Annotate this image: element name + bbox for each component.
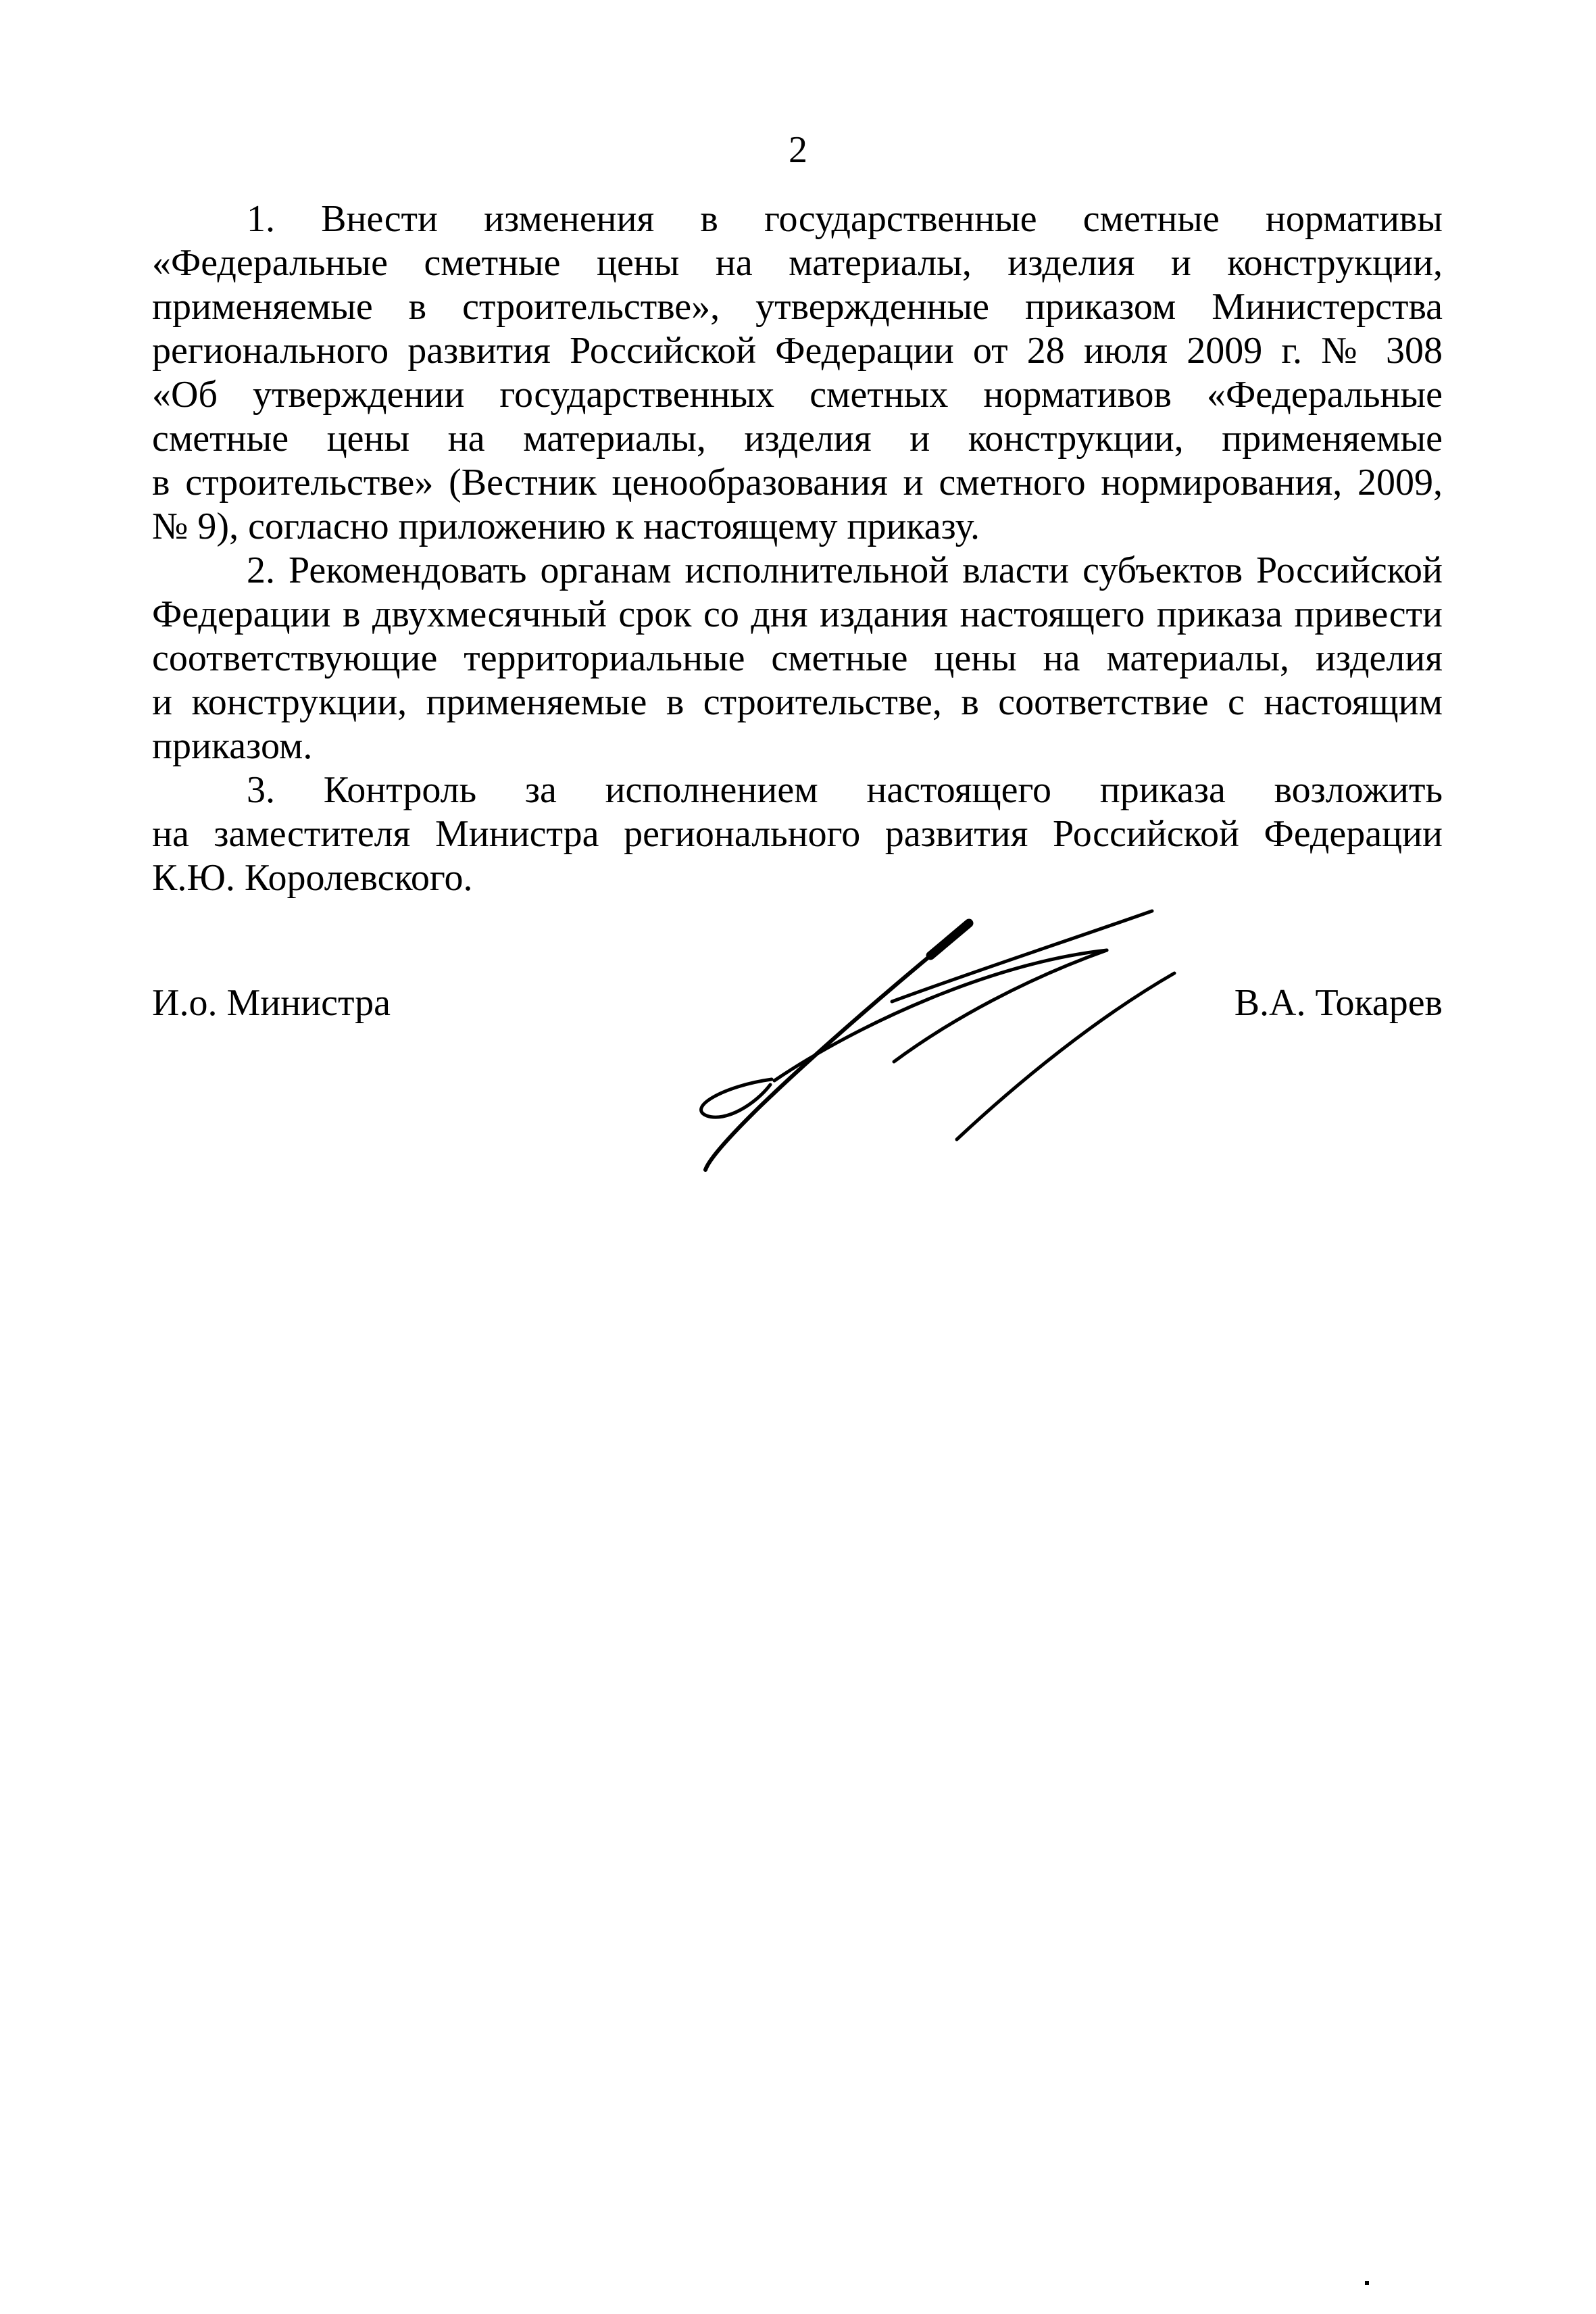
signature-stroke [705, 927, 965, 1170]
signature-handwriting [642, 879, 1182, 1183]
text-line: сметные цены на материалы, изделия и кон… [152, 417, 1443, 461]
text-line: приказом. [152, 724, 1443, 768]
paragraph: 1. Внести изменения в государственные см… [152, 197, 1443, 549]
text-line: «Федеральные сметные цены на материалы, … [152, 241, 1443, 285]
text-line: 1. Внести изменения в государственные см… [152, 197, 1443, 241]
text-line: и конструкции, применяемые в строительст… [152, 681, 1443, 724]
text-line: регионального развития Российской Федера… [152, 329, 1443, 373]
document-page: 2 1. Внести изменения в государственные … [0, 0, 1596, 2314]
text-line: «Об утверждении государственных сметных … [152, 373, 1443, 417]
document-body: 1. Внести изменения в государственные см… [152, 197, 1443, 900]
text-line: 2. Рекомендовать органам исполнительной … [152, 549, 1443, 593]
scan-artifact-dot [1365, 2281, 1369, 2285]
paragraph: 2. Рекомендовать органам исполнительной … [152, 549, 1443, 768]
text-line: на заместителя Министра регионального ра… [152, 812, 1443, 856]
signature-stroke [930, 923, 969, 956]
text-line: соответствующие территориальные сметные … [152, 637, 1443, 681]
signature-stroke [957, 973, 1174, 1139]
signatory-name: В.А. Токарев [1235, 981, 1443, 1025]
text-line: применяемые в строительстве», утвержденн… [152, 285, 1443, 329]
signature-stroke [701, 1079, 772, 1117]
signatory-role: И.о. Министра [152, 981, 391, 1025]
text-line: Федерации в двухмесячный срок со дня изд… [152, 593, 1443, 637]
text-line: № 9), согласно приложению к настоящему п… [152, 505, 1443, 549]
signature-stroke [894, 950, 1107, 1062]
page-number: 2 [0, 128, 1596, 172]
text-line: 3. Контроль за исполнением настоящего пр… [152, 768, 1443, 812]
text-line: в строительстве» (Вестник ценообразовани… [152, 461, 1443, 505]
